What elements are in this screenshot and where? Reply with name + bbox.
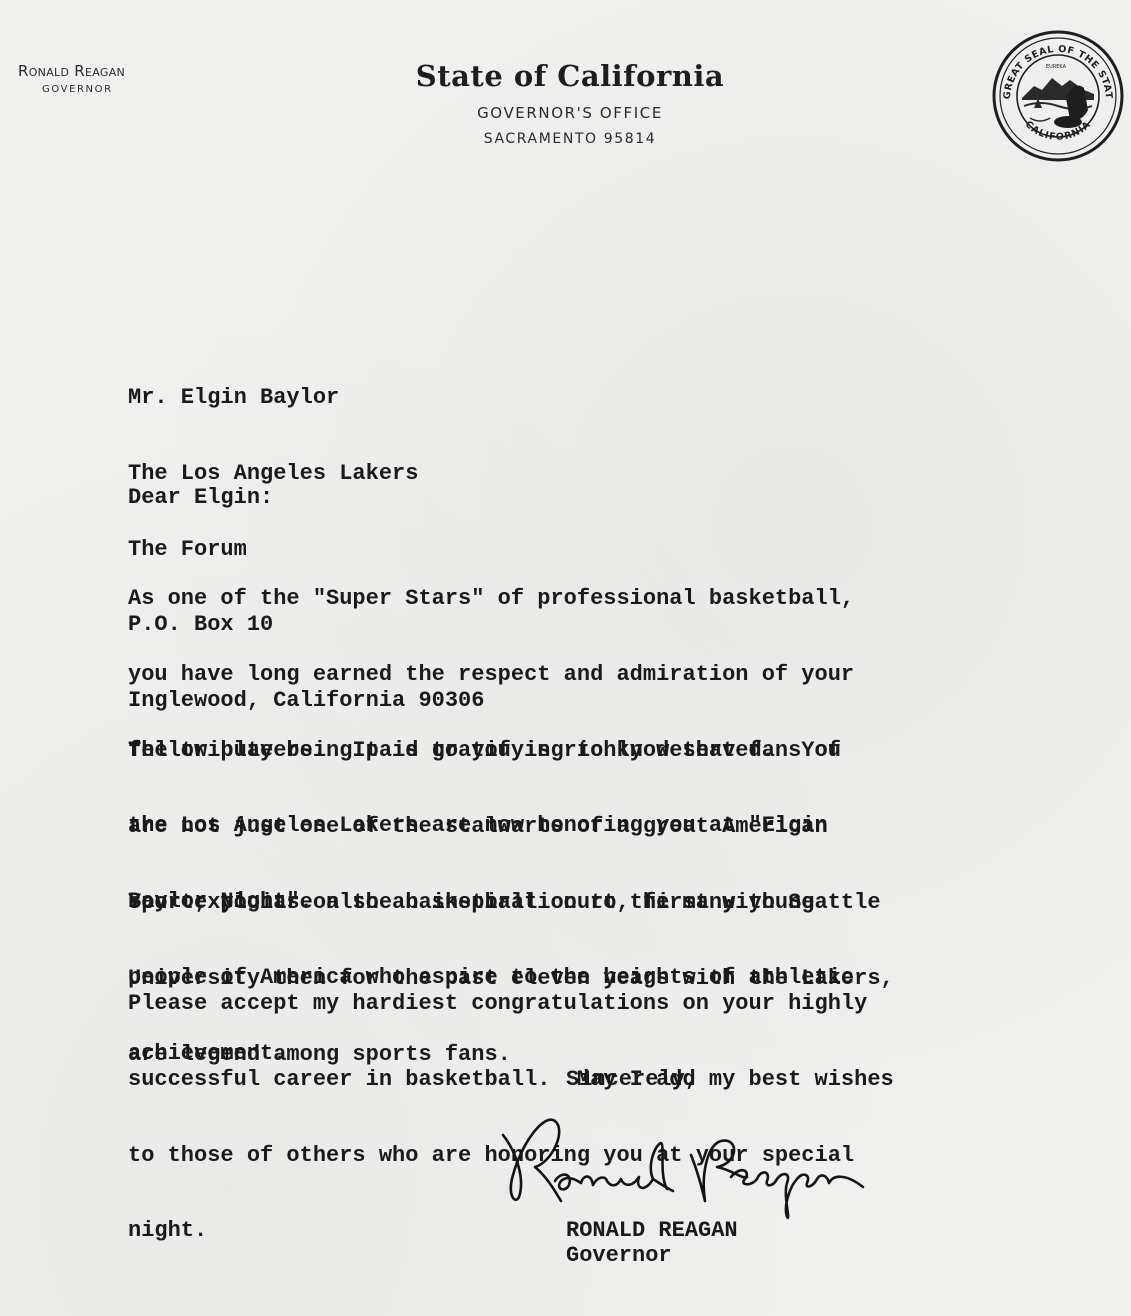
letterhead-office: GOVERNOR'S OFFICE xyxy=(400,104,740,122)
signatory-title: Governor xyxy=(566,1243,672,1268)
svg-text:EUREKA: EUREKA xyxy=(1046,64,1067,70)
signatory-name: RONALD REAGAN xyxy=(566,1218,738,1243)
paragraph-line: you have long earned the respect and adm… xyxy=(128,662,854,687)
letter-page: Ronald Reagan GOVERNOR State of Californ… xyxy=(0,0,1131,1316)
recipient-line: The Los Angeles Lakers xyxy=(128,461,484,486)
letterhead-governor-title: GOVERNOR xyxy=(42,84,113,95)
letterhead-city: SACRAMENTO 95814 xyxy=(400,131,740,147)
letterhead-governor-name: Ronald Reagan xyxy=(18,62,125,80)
paragraph-line: are not just one of the stalwarts of a g… xyxy=(128,814,854,839)
handwritten-signature xyxy=(495,1105,875,1225)
recipient-line: Mr. Elgin Baylor xyxy=(128,385,484,410)
paragraph-line: successful career in basketball. May I a… xyxy=(128,1067,894,1092)
paragraph-line: Your exploits on the basketball court, f… xyxy=(128,890,894,915)
letterhead-center: State of California GOVERNOR'S OFFICE SA… xyxy=(400,58,740,147)
paragraph-line: As one of the "Super Stars" of professio… xyxy=(128,586,854,611)
paragraph-line: The tribute being paid to you is richly … xyxy=(128,738,854,763)
letterhead-state: State of California xyxy=(400,58,740,94)
closing: Sincerely, xyxy=(566,1067,698,1092)
paragraph-line: Please accept my hardiest congratulation… xyxy=(128,991,894,1016)
salutation: Dear Elgin: xyxy=(128,485,273,510)
great-seal-of-california-icon: THE GREAT SEAL OF THE STATE OF CALIFORNI… xyxy=(990,28,1126,164)
